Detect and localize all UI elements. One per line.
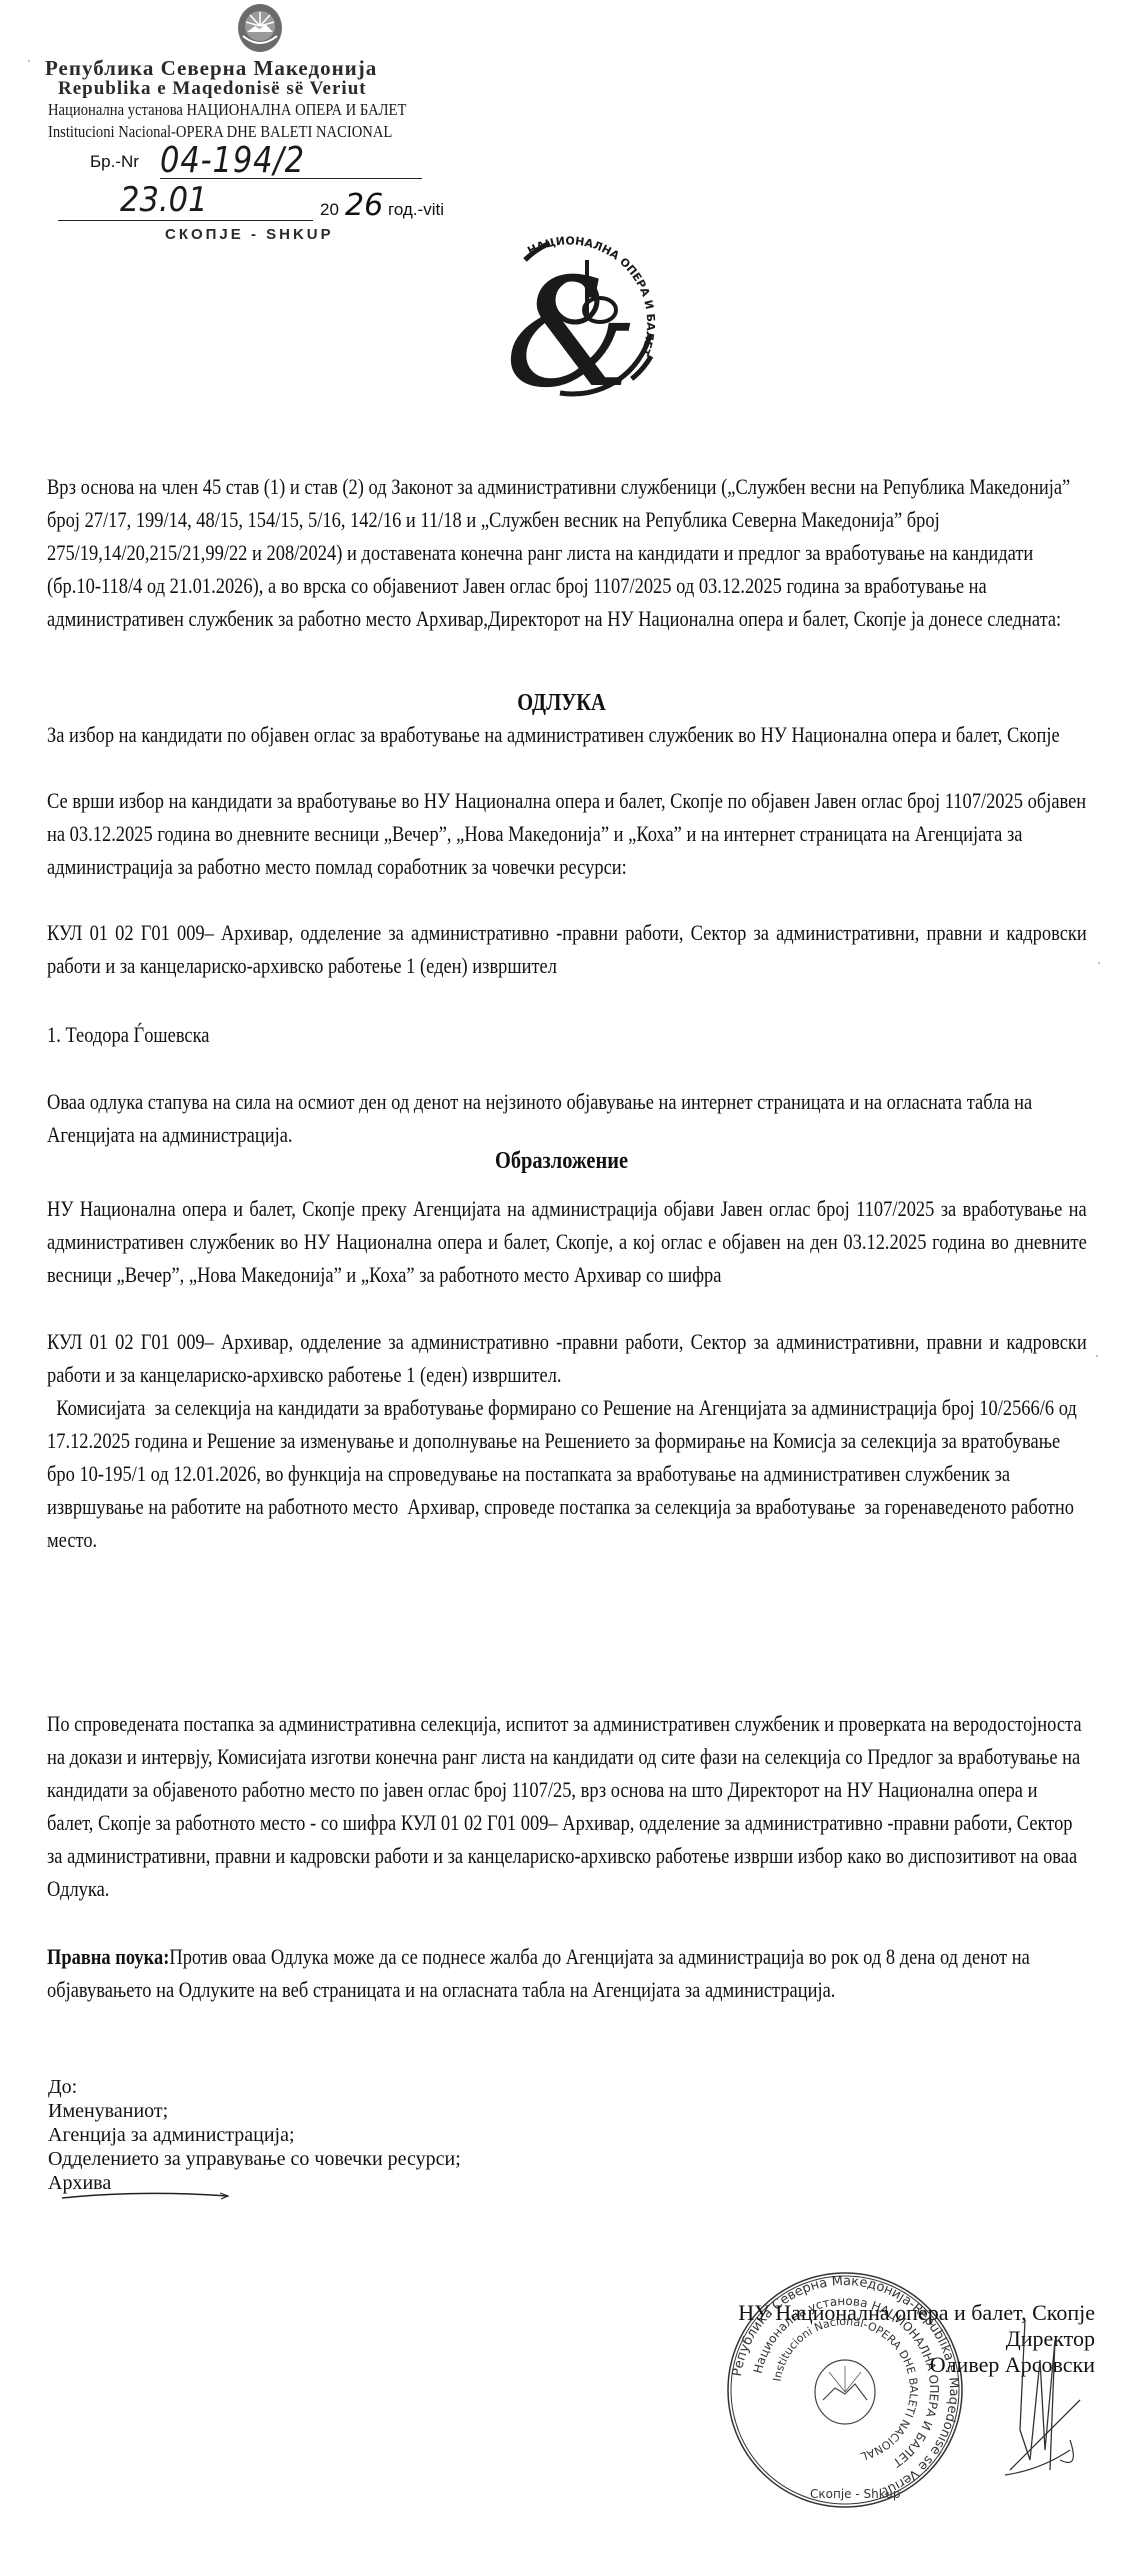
opera-ballet-logo-icon: НАЦИОНАЛНА ОПЕРА И БАЛЕТ & — [470, 215, 670, 400]
legal-remedy-label: Правна поука: — [47, 1944, 169, 1969]
reasoning-title: Образложение — [84, 1148, 1039, 1175]
coat-of-arms-icon — [235, 2, 285, 54]
decision-intro: Се врши избор на кандидати за вработувањ… — [47, 784, 1087, 883]
handwritten-underline-mark — [60, 2190, 230, 2200]
date-handwritten: 23.01 — [120, 180, 208, 220]
letterhead-institution-sq: Institucioni Nacional-OPERA DHE BALETI N… — [48, 122, 392, 142]
registration-label: Бр.-Nr — [90, 152, 139, 172]
letterhead-country-sq: Republika e Maqedonisë së Veriut — [58, 78, 367, 100]
year-handwritten: 26 — [345, 188, 383, 223]
legal-remedy-text: Против оваа Одлука може да се поднесе жа… — [47, 1944, 1030, 2002]
letterhead-city: СКОПЈЕ - SHKUP — [165, 226, 334, 243]
reasoning-paragraph-1: НУ Национална опера и балет, Скопје прек… — [47, 1192, 1087, 1291]
handwritten-signature — [990, 2300, 1090, 2500]
year-suffix: год.-viti — [388, 200, 444, 220]
reasoning-paragraph-3: По спроведената постапка за администрати… — [47, 1707, 1087, 1905]
date-underline — [58, 220, 313, 221]
decision-title: ОДЛУКА — [84, 690, 1039, 717]
scan-artifact — [1096, 1355, 1098, 1357]
recipient-item: Агенција за администрација; — [48, 2123, 461, 2147]
preamble-paragraph: Врз основа на член 45 став (1) и став (2… — [47, 470, 1087, 635]
letterhead-institution-mk: Национална установа НАЦИОНАЛНА ОПЕРА И Б… — [48, 100, 406, 120]
recipients-list: До: Именуваниот; Агенција за администрац… — [48, 2075, 461, 2195]
selected-candidate-list: 1. Теодора Ѓошевска — [47, 1018, 1087, 1051]
decision-effective: Оваа одлука стапува на сила на осмиот де… — [47, 1085, 1087, 1151]
scan-artifact — [1098, 962, 1100, 964]
recipients-label: До: — [48, 2075, 461, 2099]
registration-underline — [160, 178, 422, 179]
year-prefix: 20 — [320, 200, 339, 220]
recipient-item: Одделението за управување со човечки рес… — [48, 2147, 461, 2171]
reasoning-position: КУЛ 01 02 Г01 009– Архивар, одделение за… — [47, 1325, 1087, 1391]
decision-subtitle: За избор на кандидати по објавен оглас з… — [47, 718, 1087, 751]
svg-text:Скопје - Shkup: Скопје - Shkup — [810, 2487, 901, 2501]
recipient-item: Именуваниот; — [48, 2099, 461, 2123]
scan-artifact — [28, 60, 30, 62]
legal-remedy: Правна поука:Против оваа Одлука може да … — [47, 1940, 1087, 2006]
reasoning-paragraph-2: Комисијата за селекција на кандидати за … — [47, 1391, 1087, 1556]
decision-position: КУЛ 01 02 Г01 009– Архивар, одделение за… — [47, 916, 1087, 982]
registration-number: 04-194/2 — [160, 140, 305, 181]
selected-candidate: 1. Теодора Ѓошевска — [47, 1018, 1087, 1051]
